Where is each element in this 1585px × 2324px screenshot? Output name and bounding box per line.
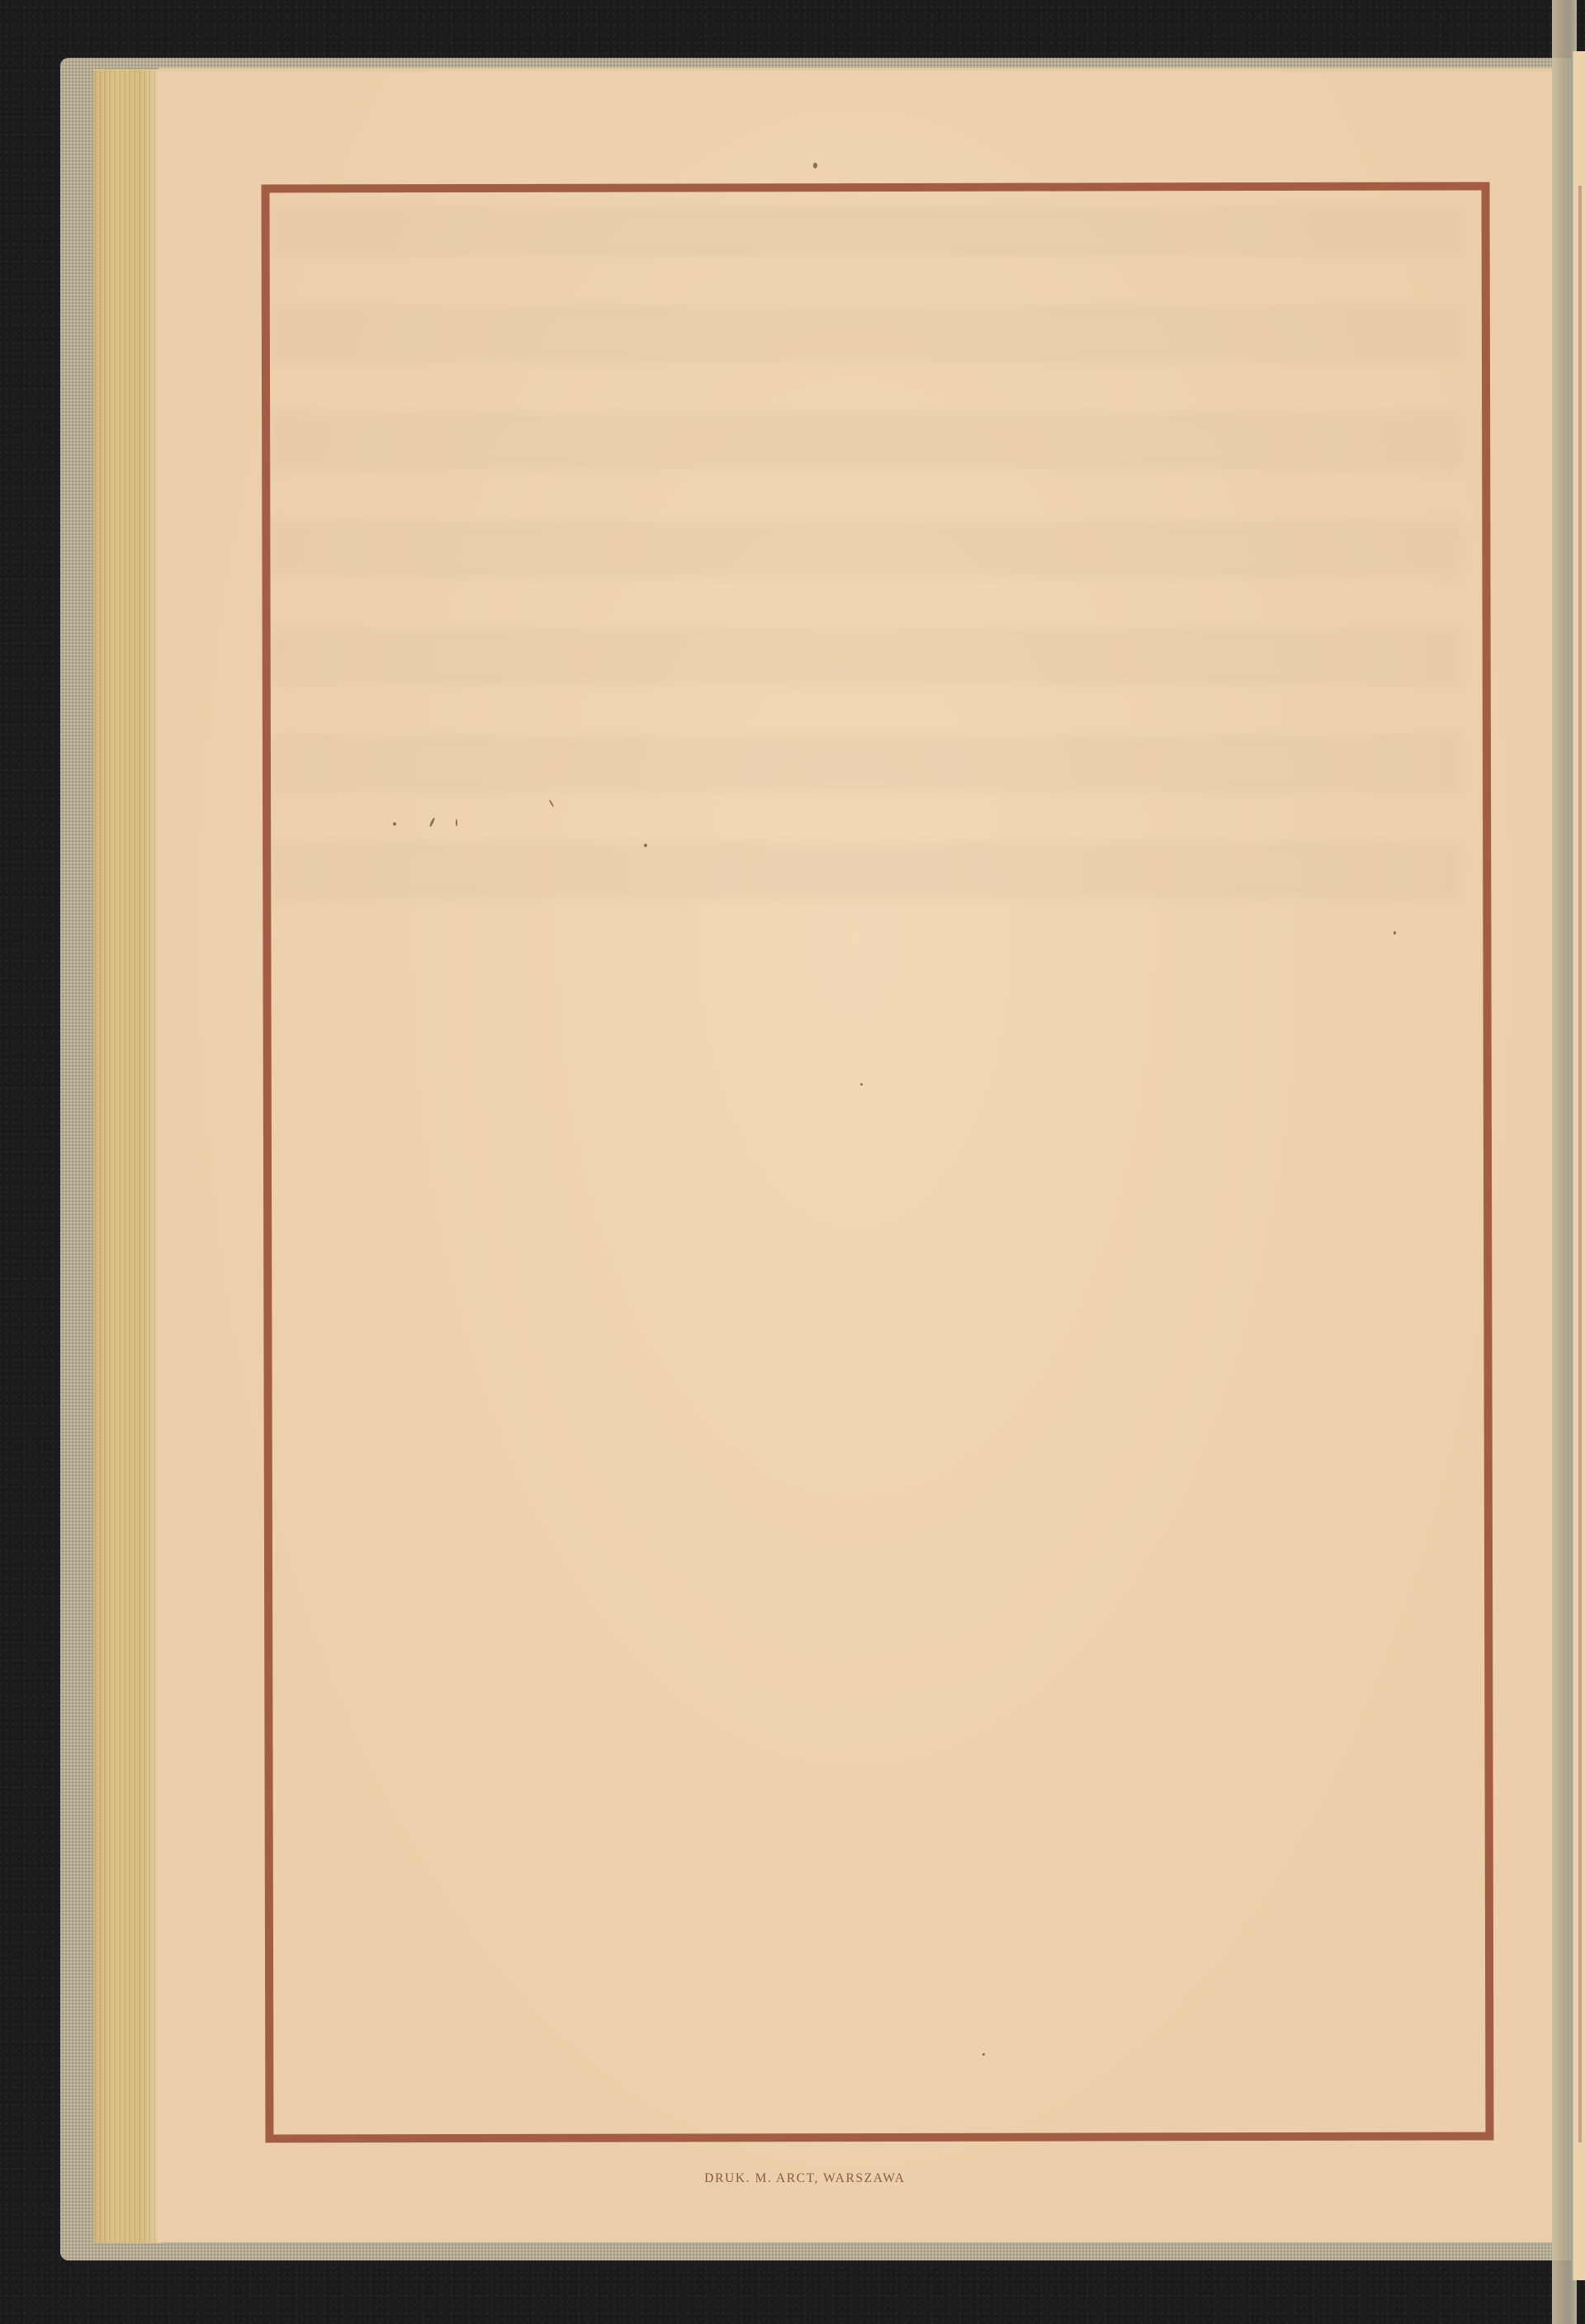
page-edge-stack <box>93 69 161 2243</box>
page-top-shadow <box>158 68 1552 73</box>
printer-imprint: DRUK. M. ARCT, WARSZAWA <box>0 2171 1585 2186</box>
paper-speck <box>813 163 817 168</box>
decorative-frame-border <box>262 182 1494 2142</box>
printer-imprint-text: DRUK. M. ARCT, WARSZAWA <box>704 2171 905 2185</box>
next-page-frame-border <box>1578 186 1585 2142</box>
